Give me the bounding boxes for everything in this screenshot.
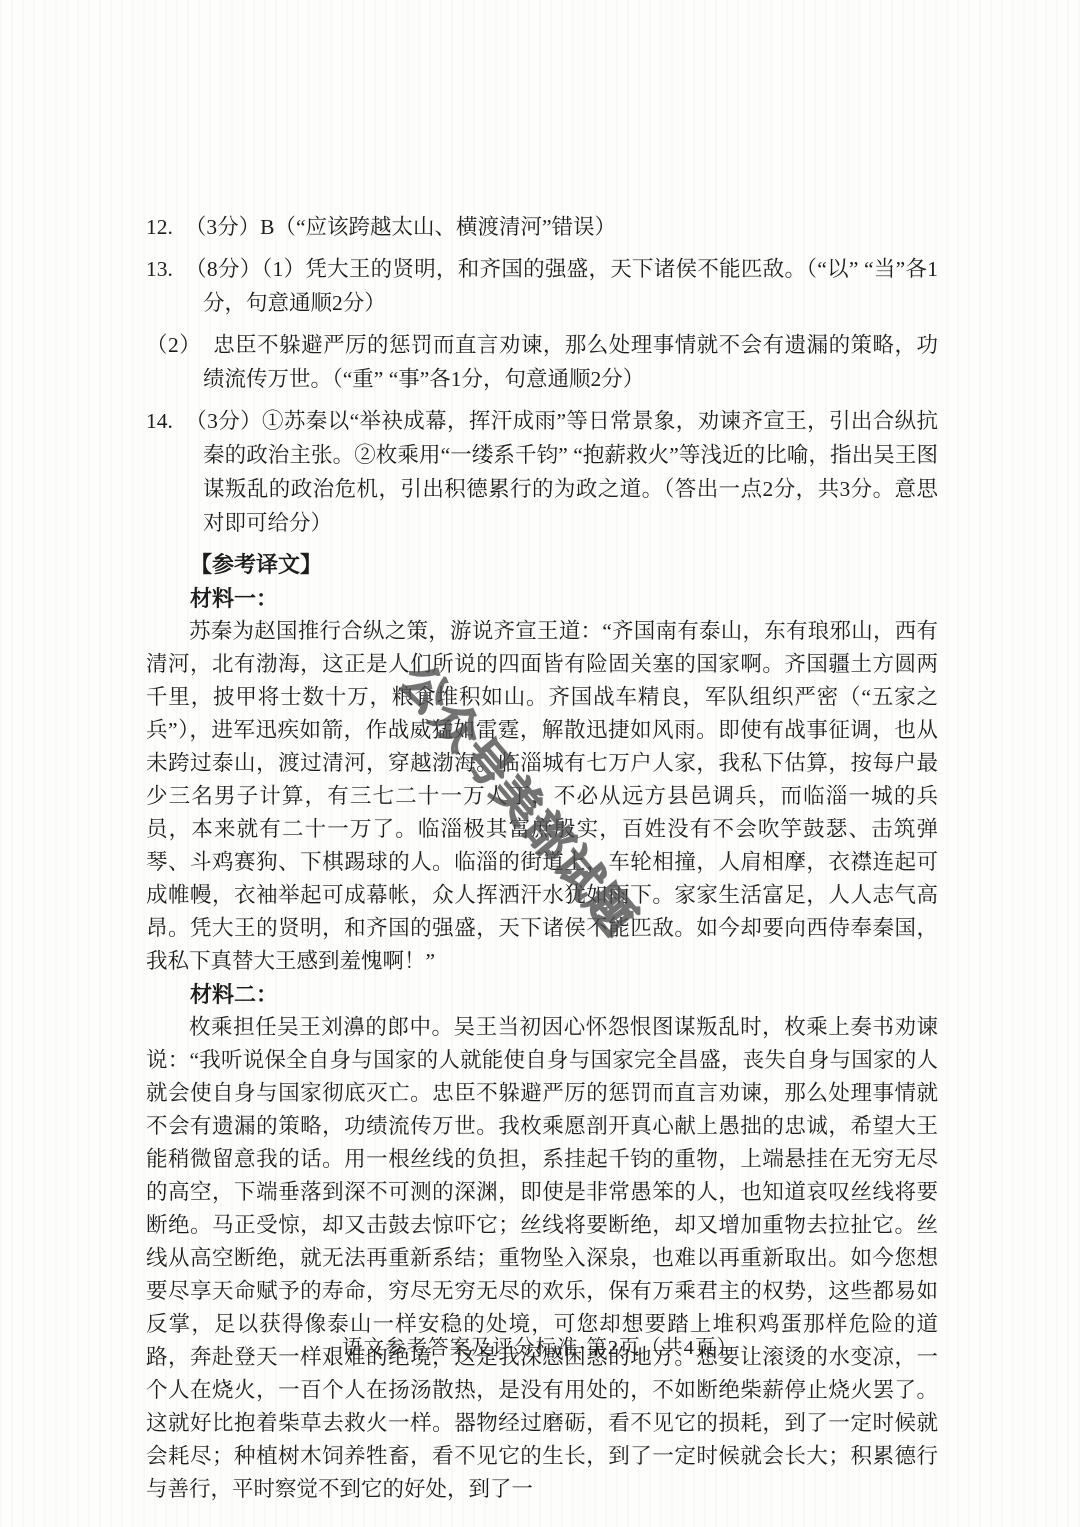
page-footer: 语文参考答案及评分标准·第2页（共4页） [0, 1330, 1080, 1360]
reference-translation-heading: 【参考译文】 [146, 548, 938, 582]
answer-text: （8分）（1）凭大王的贤明，和齐国的强盛，天下诸侯不能匹敌。（“以” “当”各1… [185, 257, 938, 315]
material-2-label: 材料二： [146, 978, 938, 1011]
answer-number: 13. [146, 257, 173, 281]
answer-number: 12. [146, 215, 173, 239]
answer-text: （3分）B（“应该跨越太山、横渡清河”错误） [185, 215, 616, 239]
answer-item-13-part2: （2）忠臣不躲避严厉的惩罚而直言劝谏，那么处理事情就不会有遗漏的策略，功绩流传万… [146, 328, 938, 396]
answer-number: 14. [146, 409, 173, 433]
answer-item-14: 14.（3分）①苏秦以“举袂成幕，挥汗成雨”等日常景象，劝谏齐宣王，引出合纵抗秦… [146, 404, 938, 540]
material-1-label: 材料一： [146, 582, 938, 615]
answer-text: 忠臣不躲避严厉的惩罚而直言劝谏，那么处理事情就不会有遗漏的策略，功绩流传万世。（… [203, 333, 938, 391]
page-content: 12.（3分）B（“应该跨越太山、横渡清河”错误） 13.（8分）（1）凭大王的… [146, 210, 938, 1506]
answer-item-13: 13.（8分）（1）凭大王的贤明，和齐国的强盛，天下诸侯不能匹敌。（“以” “当… [146, 252, 938, 320]
material-2-paragraph: 枚乘担任吴王刘濞的郎中。吴王当初因心怀怨恨图谋叛乱时，枚乘上奏书劝谏说：“我听说… [146, 1011, 938, 1506]
answer-text: （3分）①苏秦以“举袂成幕，挥汗成雨”等日常景象，劝谏齐宣王，引出合纵抗秦的政治… [185, 409, 938, 535]
exam-answer-key-page: 12.（3分）B（“应该跨越太山、横渡清河”错误） 13.（8分）（1）凭大王的… [0, 0, 1080, 1527]
answer-number: （2） [146, 333, 201, 357]
answer-item-12: 12.（3分）B（“应该跨越太山、横渡清河”错误） [146, 210, 938, 244]
material-1-paragraph: 苏秦为赵国推行合纵之策，游说齐宣王道：“齐国南有泰山，东有琅邪山，西有清河，北有… [146, 615, 938, 978]
